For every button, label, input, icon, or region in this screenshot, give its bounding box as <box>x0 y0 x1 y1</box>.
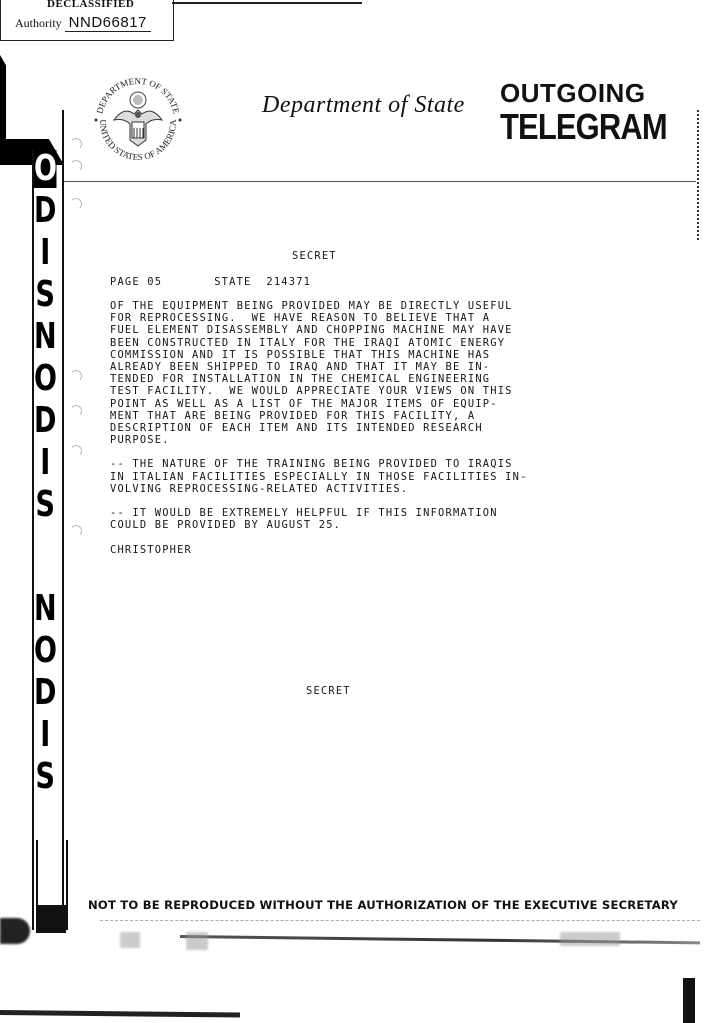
scan-artifact-line <box>180 935 700 944</box>
stamp-authority: Authority NND66817 <box>15 14 151 31</box>
telegram-type-telegram: TELEGRAM <box>500 106 667 148</box>
scan-artifact <box>186 932 208 950</box>
stamp-title: DECLASSIFIED <box>47 0 134 10</box>
nodis-letter: O <box>34 150 57 188</box>
page-number: PAGE 05 <box>110 276 162 288</box>
authority-number: NND66817 <box>65 14 151 32</box>
body-line: OF THE EQUIPMENT BEING PROVIDED MAY BE D… <box>110 300 528 312</box>
classification-top: SECRET <box>292 250 337 262</box>
nodis-letter: N <box>34 318 57 356</box>
state-number: STATE 214371 <box>214 276 311 288</box>
nodis-letter: O <box>34 360 57 398</box>
body-line: -- IT WOULD BE EXTREMELY HELPFUL IF THIS… <box>110 507 528 519</box>
punch-mark <box>70 445 82 457</box>
punch-mark <box>70 405 82 417</box>
telegram-type-outgoing: OUTGOING <box>500 78 646 109</box>
blank-line <box>110 495 528 507</box>
top-edge-line <box>172 2 362 4</box>
body-line: FOR REPROCESSING. WE HAVE REASON TO BELI… <box>110 312 528 324</box>
nodis-letter: D <box>34 402 57 440</box>
punch-mark <box>70 525 82 537</box>
department-of-state-seal-icon: DEPARTMENT OF STATE UNITED STATES OF AME… <box>88 70 188 170</box>
nodis-letter: I <box>34 716 57 754</box>
body-line: POINT AS WELL AS A LIST OF THE MAJOR ITE… <box>110 398 528 410</box>
strip-border-right <box>62 110 64 930</box>
punch-mark <box>70 160 82 172</box>
nodis-letter: D <box>34 192 57 230</box>
scan-edge-bar <box>0 1010 240 1018</box>
corner-wedge-inner <box>6 55 54 139</box>
body-line: VOLVING REPROCESSING-RELATED ACTIVITIES. <box>110 483 528 495</box>
nodis-letter: I <box>34 234 57 272</box>
authority-label: Authority <box>15 16 62 30</box>
body-line: TEST FACILITY. WE WOULD APPRECIATE YOUR … <box>110 385 528 397</box>
body-line: DESCRIPTION OF EACH ITEM AND ITS INTENDE… <box>110 422 528 434</box>
body-line: -- THE NATURE OF THE TRAINING BEING PROV… <box>110 458 528 470</box>
strip-bottom-block <box>36 905 66 933</box>
nodis-letter: S <box>34 758 57 796</box>
page-line: PAGE 05STATE 214371 <box>110 276 311 288</box>
declassified-stamp: DECLASSIFIED Authority NND66817 <box>0 0 174 41</box>
body-line: ALREADY BEEN SHIPPED TO IRAQ AND THAT IT… <box>110 361 528 373</box>
body-line: TENDED FOR INSTALLATION IN THE CHEMICAL … <box>110 373 528 385</box>
scan-artifact <box>560 932 620 946</box>
scan-artifact <box>120 932 140 948</box>
scan-edge-block <box>683 978 695 1023</box>
telegram-body: OF THE EQUIPMENT BEING PROVIDED MAY BE D… <box>110 300 528 556</box>
punch-mark <box>70 370 82 382</box>
nodis-letter: N <box>34 590 57 628</box>
body-line: BEEN CONSTRUCTED IN ITALY FOR THE IRAQI … <box>110 337 528 349</box>
nodis-letter: S <box>34 486 57 524</box>
blank-line <box>110 532 528 544</box>
body-line: FUEL ELEMENT DISASSEMBLY AND CHOPPING MA… <box>110 324 528 336</box>
scan-blot <box>0 918 30 944</box>
nodis-letter: O <box>34 632 57 670</box>
nodis-letter: I <box>34 444 57 482</box>
body-line: COULD BE PROVIDED BY AUGUST 25. <box>110 519 528 531</box>
footer-divider <box>100 920 700 921</box>
classification-bottom: SECRET <box>306 685 351 697</box>
nodis-letter: D <box>34 674 57 712</box>
body-line: IN ITALIAN FACILITIES ESPECIALLY IN THOS… <box>110 471 528 483</box>
blank-line <box>110 446 528 458</box>
header-divider <box>64 181 696 182</box>
perforation-edge <box>697 110 701 240</box>
body-line: MENT THAT ARE BEING PROVIDED FOR THIS FA… <box>110 410 528 422</box>
body-line: CHRISTOPHER <box>110 544 528 556</box>
reproduction-notice: NOT TO BE REPRODUCED WITHOUT THE AUTHORI… <box>88 898 678 912</box>
body-line: PURPOSE. <box>110 434 528 446</box>
punch-mark <box>70 138 82 150</box>
punch-mark <box>70 198 82 210</box>
body-line: COMMISSION AND IT IS POSSIBLE THAT THIS … <box>110 349 528 361</box>
department-title: Department of State <box>262 92 465 119</box>
nodis-letter: S <box>34 276 57 314</box>
